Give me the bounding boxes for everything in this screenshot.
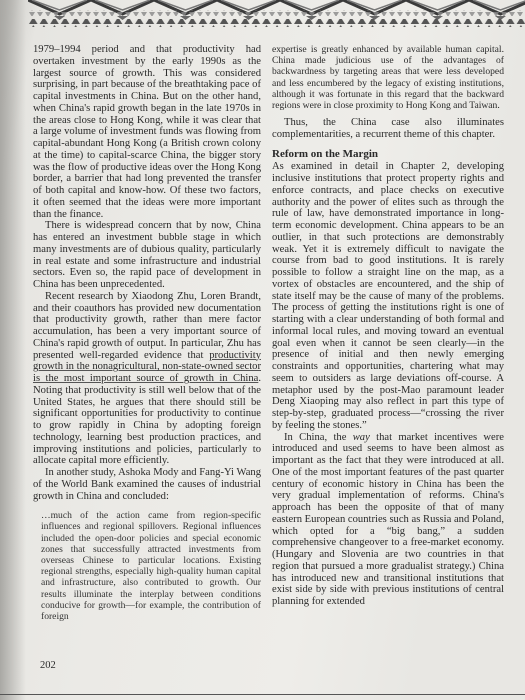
paragraph: As examined in detail in Chapter 2, deve… [272,161,504,431]
page-number: 202 [40,660,56,671]
right-column: expertise is greatly enhanced by availab… [272,44,504,608]
italic-text: way [353,432,370,443]
page-edge-line [0,694,525,695]
paragraph: Recent research by Xiaodong Zhu, Loren B… [33,291,261,467]
block-quote: …much of the action came from region-spe… [41,510,261,622]
text-span: that market incentives were introduced a… [272,432,504,608]
paragraph: Thus, the China case also illuminates co… [272,117,504,141]
paragraph: There is widespread concern that by now,… [33,220,261,291]
paragraph: 1979–1994 period and that productivity h… [33,44,261,220]
paragraph: In another study, Ashoka Mody and Fang-Y… [33,467,261,502]
section-heading: Reform on the Margin [272,149,504,161]
paragraph: In China, the way that market incentives… [272,432,504,608]
decorative-border [28,0,525,34]
text-span: In China, the [284,432,353,443]
block-quote-continuation: expertise is greatly enhanced by availab… [272,44,504,111]
book-page: 1979–1994 period and that productivity h… [0,0,525,700]
text-span: . Noting that productivity is still well… [33,373,261,466]
left-column: 1979–1994 period and that productivity h… [33,44,261,622]
page-shadow [0,0,26,700]
